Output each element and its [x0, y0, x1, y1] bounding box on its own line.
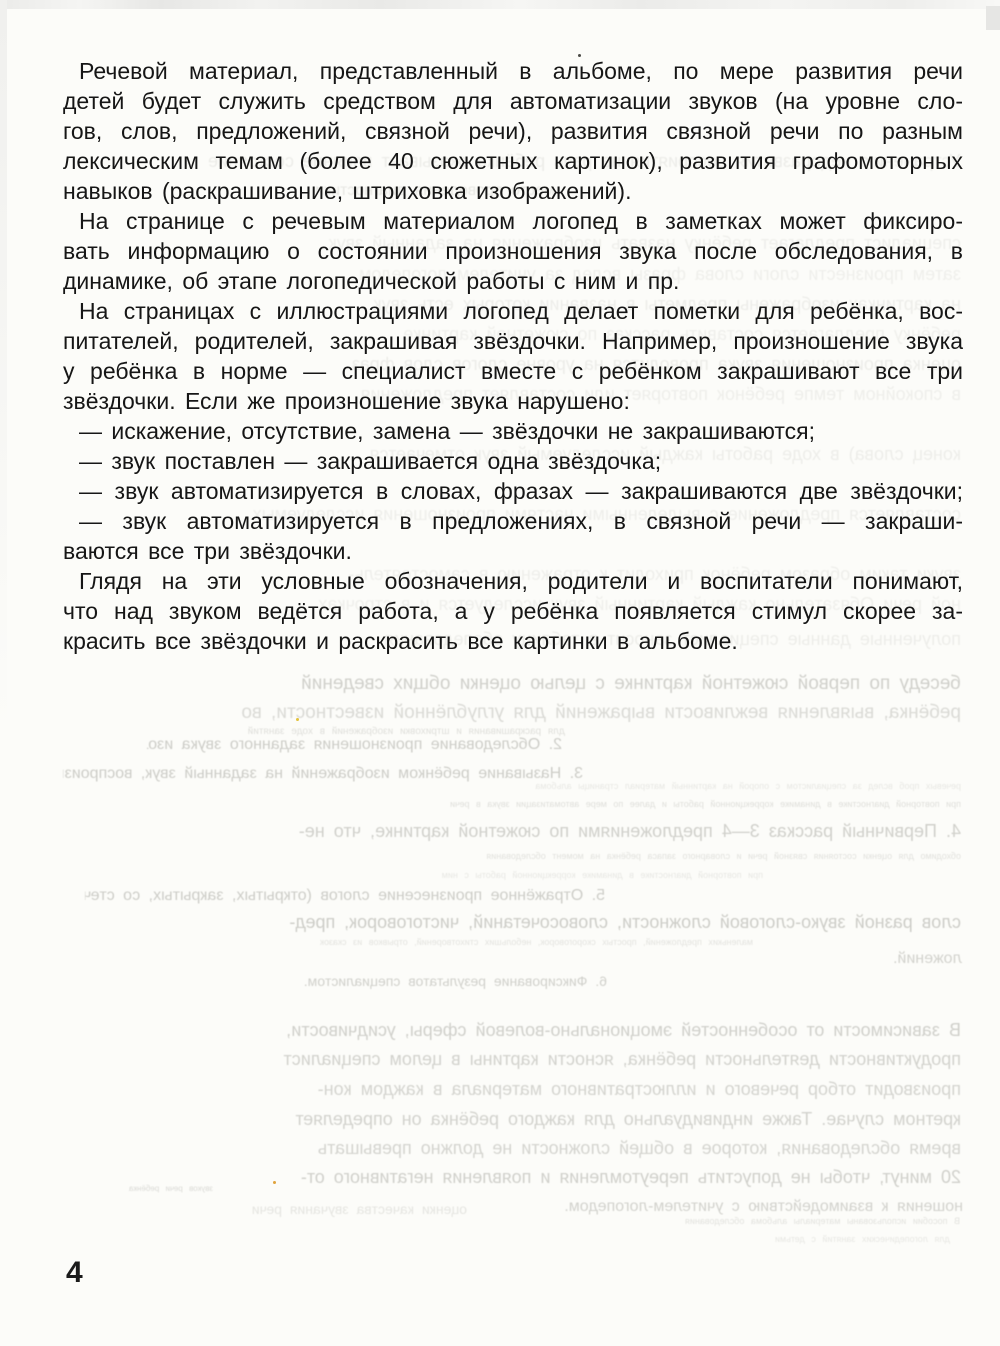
- bleed-through-line: звуков речи ребёнка: [63, 1184, 213, 1194]
- text-line: питателей, родителей, закрашивая звёздоч…: [63, 326, 963, 356]
- text-line: — звук автоматизируется в предложениях, …: [63, 506, 963, 536]
- text-line: звёздочки. Если же произношение звука на…: [63, 386, 963, 416]
- bleed-through-line: ношения к взаимодействию с учителем-лого…: [480, 1197, 963, 1217]
- text-line: динамике, об этапе логопедической работы…: [63, 266, 963, 296]
- book-page: Устранению недоразвития восприятия на ре…: [0, 0, 1000, 1346]
- text-line: Речевой материал, представленный в альбо…: [63, 56, 963, 86]
- text-line: — звук поставлен — закрашивается одна зв…: [63, 446, 963, 476]
- bleed-through-line: ребёнка, выявления вежливости выражений …: [63, 701, 961, 725]
- text-line: вать информацию о состоянии произношения…: [63, 236, 963, 266]
- bleed-through-line: беседу по первой сюжетной картинке с цел…: [63, 672, 961, 696]
- text-line: — звук автоматизируется в словах, фразах…: [63, 476, 963, 506]
- main-text: Речевой материал, представленный в альбо…: [63, 56, 963, 656]
- bleed-through-line: оценки качества звучания речи: [237, 1201, 467, 1219]
- bleed-through-line: для логопедических занятий с детьми: [650, 1234, 950, 1245]
- text-line: детей будет служить средством для автома…: [63, 86, 963, 116]
- text-line: — искажение, отсутствие, замена — звёздо…: [63, 416, 963, 446]
- bleed-through-line: слов разной звуко-слоговой сложности, сл…: [63, 911, 961, 934]
- text-line: Глядя на эти условные обозначения, родит…: [63, 566, 963, 596]
- text-line: красить все звёздочки и раскрасить все к…: [63, 626, 963, 656]
- text-line: гов, слов, предложений, связной речи), р…: [63, 116, 963, 146]
- bleed-through-line: 5. Отражённое произнесение слогов (откры…: [85, 886, 605, 906]
- bleed-through-line: при повторной диагностике в динамике кор…: [63, 870, 763, 881]
- bleed-through-line: В пособии использованы материалы альбома…: [620, 1216, 960, 1227]
- bleed-through-line: речевых проб вслед за специалистом с опо…: [63, 781, 961, 792]
- text-line: На страницах с иллюстрациями логопед дел…: [63, 296, 963, 326]
- bleed-through-line: В зависимости от особенностей эмоциональ…: [63, 1019, 961, 1042]
- text-line: навыков (раскрашивание, штриховка изобра…: [63, 176, 963, 206]
- bleed-through-line: кретном случае. Также индивидуально для …: [63, 1108, 961, 1131]
- page-number: 4: [66, 1256, 83, 1290]
- bleed-through-line: при повторной диагностике в динамике кор…: [63, 799, 961, 810]
- bleed-through-line: 4. Первичный рассказ 3—4 предложениями п…: [63, 820, 961, 843]
- text-line: что над звуком ведётся работа, а у ребён…: [63, 596, 963, 626]
- bleed-through-line: 2. Обследование произношения заданного з…: [147, 735, 562, 755]
- text-line: лексическим темам (более 40 сюжетных кар…: [63, 146, 963, 176]
- bleed-through-line: ложений.: [830, 949, 962, 969]
- bleed-through-line: производит отбор речевого и иллюстративн…: [63, 1078, 961, 1101]
- scan-speck: [273, 1181, 276, 1184]
- bleed-through-line: время обследования, которое в общей слож…: [63, 1137, 961, 1160]
- bleed-through-line: обходимо для оценки состояния связной ре…: [63, 851, 961, 862]
- text-line: На странице с речевым материалом логопед…: [63, 206, 963, 236]
- text-line: у ребёнка в норме — специалист вместе с …: [63, 356, 963, 386]
- text-line: ваются все три звёздочки.: [63, 536, 963, 566]
- scan-speck: [296, 718, 299, 721]
- bleed-through-line: 6. Фиксирование результатов специалистом…: [237, 973, 607, 991]
- bleed-through-line: продуктивности деятельности ребёнка, ясн…: [63, 1048, 961, 1071]
- bleed-through-line: маленьких предложений, простых скорогово…: [63, 937, 753, 948]
